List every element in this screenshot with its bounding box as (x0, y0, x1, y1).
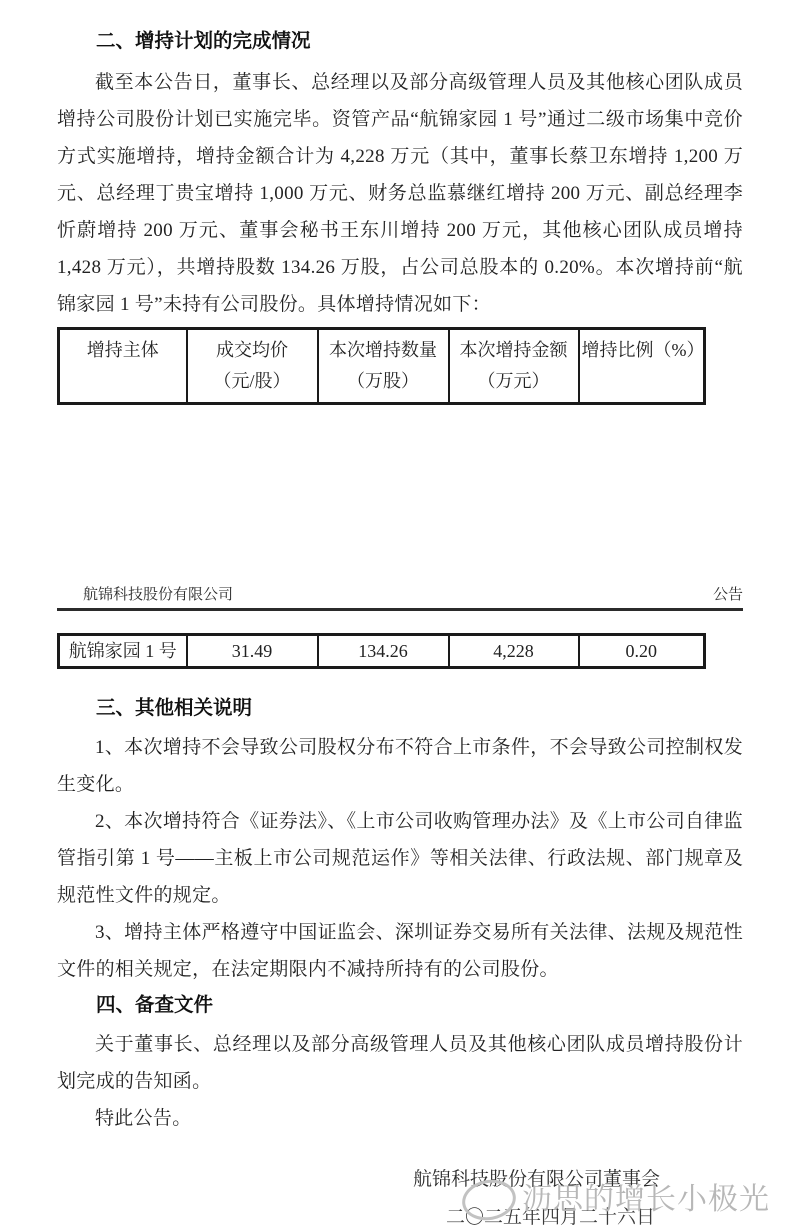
signature-block: 航锦科技股份有限公司董事会 二〇二五年四月二十六日 (57, 1167, 743, 1226)
holdings-table-datarow: 航锦家园 1 号 31.49 134.26 4,228 0.20 (57, 633, 706, 669)
table-cell-amount: 4,228 (449, 635, 579, 668)
table-header-cell: 本次增持数量 （万股） (318, 329, 449, 404)
section4-heading: 四、备查文件 (57, 994, 743, 1018)
section3-paragraph-2: 2、本次增持符合《证券法》、《上市公司收购管理办法》及《上市公司自律监管指引第 … (57, 803, 743, 914)
section3-paragraph-3: 3、增持主体严格遵守中国证监会、深圳证券交易所有关法律、法规及规范性文件的相关规… (57, 914, 743, 988)
signature-company: 航锦科技股份有限公司董事会 (57, 1167, 743, 1193)
table-header-cell: 成交均价 （元/股） (187, 329, 318, 404)
table-row: 航锦家园 1 号 31.49 134.26 4,228 0.20 (59, 635, 705, 668)
table-header-cell: 本次增持金额 （万元） (449, 329, 579, 404)
running-header-company: 航锦科技股份有限公司 (83, 585, 233, 605)
page-break-gap (57, 405, 743, 585)
header-quantity: 本次增持数量 (321, 335, 446, 366)
section3-paragraph-1: 1、本次增持不会导致公司股权分布不符合上市条件，不会导致公司控制权发生变化。 (57, 729, 743, 803)
section2-paragraph: 截至本公告日，董事长、总经理以及部分高级管理人员及其他核心团队成员增持公司股份计… (57, 64, 743, 323)
table-cell-ratio: 0.20 (579, 635, 705, 668)
table-header-cell: 增持比例（%） (579, 329, 705, 404)
table-header-cell: 增持主体 (59, 329, 187, 404)
section3-heading: 三、其他相关说明 (57, 697, 743, 721)
table-cell-avg-price: 31.49 (187, 635, 318, 668)
signature-date: 二〇二五年四月二十六日 (57, 1205, 743, 1226)
running-header-label: 公告 (713, 585, 743, 605)
table-cell-subject: 航锦家园 1 号 (59, 635, 187, 668)
holdings-table-header: 增持主体 成交均价 （元/股） 本次增持数量 （万股） 本次增持金额 （万元） … (57, 327, 706, 405)
running-header: 航锦科技股份有限公司 公告 (57, 585, 743, 605)
header-ratio: 增持比例（%） (582, 335, 702, 366)
header-subject: 增持主体 (62, 335, 184, 366)
table-header-row: 增持主体 成交均价 （元/股） 本次增持数量 （万股） 本次增持金额 （万元） … (59, 329, 705, 404)
header-avg-price: 成交均价 (190, 335, 315, 366)
table-cell-quantity: 134.26 (318, 635, 449, 668)
closing-statement: 特此公告。 (57, 1100, 743, 1137)
section4-paragraph-1: 关于董事长、总经理以及部分高级管理人员及其他核心团队成员增持股份计划完成的告知函… (57, 1026, 743, 1100)
header-amount: 本次增持金额 (452, 335, 576, 366)
section2-heading: 二、增持计划的完成情况 (57, 30, 743, 54)
document-page: 二、增持计划的完成情况 截至本公告日，董事长、总经理以及部分高级管理人员及其他核… (0, 0, 800, 1226)
